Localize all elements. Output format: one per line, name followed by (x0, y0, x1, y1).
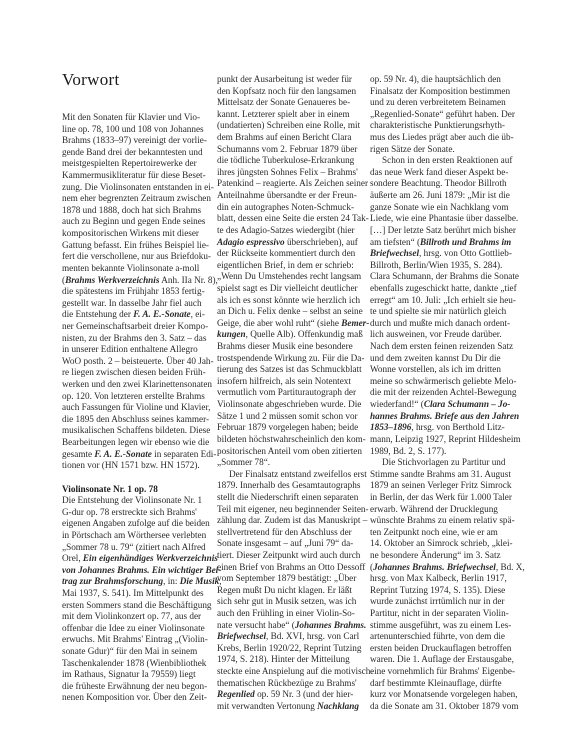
text-line: „Sommer 78 u. 79“ (zitiert nach Alfred (62, 542, 212, 554)
text-line: 1974, S. 218). Hinter der Mitteilung (217, 654, 367, 666)
text-line: spielst sagt es Dir vielleicht deutliche… (217, 283, 367, 295)
text-line: Regen mußt Du nicht klagen. Er läßt (217, 585, 367, 597)
text-line: und zu deren verbreitetem Beinamen (370, 97, 520, 109)
text-line: gende Band drei der bekanntesten und (62, 147, 212, 159)
text-line: eine vornehmlich für Brahms' Eigenbe- (370, 666, 520, 678)
text-line: mit dem Violinkonzert op. 77, aus der (62, 611, 212, 623)
text-line: gesamte F. A. E.-Sonate in separaten Edi… (62, 449, 212, 461)
text-line: ten Zeitpunkt noch eine, wie er am (370, 527, 520, 539)
text-line: eigenen Angaben zufolge auf die beiden (62, 518, 212, 530)
text-line: den Kopfsatz noch für den langsamen (217, 86, 367, 98)
italic-title: Johannes Brahms. Briefwechsel (373, 562, 496, 572)
text-column-2: punkt der Ausarbeitung ist weder fürden … (217, 74, 367, 713)
text-line: 1989, Bd. 2, S. 177). (370, 446, 520, 458)
text-line: vermutlich vom Partiturautograph der (217, 387, 367, 399)
text-line: sich sehr gut in Musik setzen, was ich (217, 596, 367, 608)
text-line: tierung des Satzes ist das Schmuckblatt (217, 364, 367, 376)
text-line: Wonne vorstellen, als ich im dritten (370, 364, 520, 376)
paragraph-gap (62, 472, 212, 484)
text-line: trostspendende Wirkung zu. Für die Da- (217, 353, 367, 365)
text-line: stellvertretend für den Abschluss der (217, 527, 367, 539)
text-line: kompositorischen Wirkens mit dieser (62, 228, 212, 240)
text-line: thematischen Rückbezüge zu Brahms' (217, 678, 367, 690)
text-line: die tödliche Tuberkulose-Erkrankung (217, 155, 367, 167)
text-line: Taschenkalender 1878 (Wienbibliothek (62, 658, 212, 670)
text-line: Billroth, Berlin/Wien 1935, S. 284). (370, 260, 520, 272)
italic-title: hannes Brahms. Briefe aus den Jahren (370, 411, 519, 421)
text-line: Adagio espressivo überschrieben), auf (217, 237, 367, 249)
text-line: auch zu Beginn und gegen Ende seines (62, 216, 212, 228)
text-line: durch und mußte mich danach ordent- (370, 318, 520, 330)
italic-title: trag zur Brahmsforschung (62, 576, 163, 586)
text-line: 1878 und 1888, doch hat sich Brahms (62, 205, 212, 217)
text-line: Die Entstehung der Violinsonate Nr. 1 (62, 495, 212, 507)
text-line: mann, Leipzig 1927, Reprint Hildesheim (370, 434, 520, 446)
text-line: Liede, wie eine Phantasie über dasselbe. (370, 213, 520, 225)
text-line: Finalsatz der Komposition bestimmen (370, 86, 520, 98)
text-line: Briefwechsel, hrsg. von Otto Gottlieb- (370, 248, 520, 260)
text-line: 1853–1896, hrsg. von Berthold Litz- (370, 422, 520, 434)
text-line: ganze Sonate wie ein Nachklang vom (370, 202, 520, 214)
text-line: Schon in den ersten Reaktionen auf (370, 155, 520, 167)
text-line: nisten, zu der Brahms den 3. Satz – das (62, 333, 212, 345)
text-line: meistgespielten Repertoirewerke der (62, 158, 212, 170)
italic-title: F. A. E.-Sonate (94, 449, 151, 459)
text-line: ihres jüngsten Sohnes Felix – Brahms' (217, 167, 367, 179)
text-line: Teil mit eigener, neu beginnender Seiten… (217, 504, 367, 516)
italic-title: F. A. E.-Sonate (133, 309, 190, 319)
text-line: im Rathaus, Signatur Ia 79559) liegt (62, 669, 212, 681)
text-line: in Berlin, der das Werk für 1.000 Taler (370, 492, 520, 504)
text-line: in Pörtschach am Wörthersee verlebten (62, 530, 212, 542)
text-line: Anteilnahme übersandte er der Freun- (217, 190, 367, 202)
text-line: nenen Komposition vor. Über den Zeit- (62, 692, 212, 704)
text-line: am tiefsten“ (Billroth und Brahms im (370, 237, 520, 249)
text-line: (Johannes Brahms. Briefwechsel, Bd. X, (370, 562, 520, 574)
text-line: Clara Schumann, der Brahms die Sonate (370, 271, 520, 283)
italic-title: Brahms Werkverzeichnis (65, 275, 159, 285)
text-line: kurz vor Monatsende vorgelegen haben, (370, 689, 520, 701)
text-line: blatt, dessen eine Seite die ersten 24 T… (217, 213, 367, 225)
text-line: tionen vor (HN 1571 bzw. HN 1572). (62, 460, 212, 472)
italic-title: Ein eigenhändiges Werkverzeichnis (83, 553, 218, 563)
text-line: Mit den Sonaten für Klavier und Vio- (62, 112, 212, 124)
text-column-3: op. 59 Nr. 4), die hauptsächlich denFina… (370, 74, 520, 713)
text-line: kungen, Quelle Alb). Offenkundig maß (217, 329, 367, 341)
italic-title: Briefwechsel (370, 248, 419, 258)
text-line: Regenlied op. 59 Nr. 3 (und der hier- (217, 689, 367, 701)
text-line: musikalischen Schaffens bildeten. Diese (62, 425, 212, 437)
text-line: erwarb. Während der Drucklegung (370, 504, 520, 516)
text-line: sondere Beachtung. Theodor Billroth (370, 178, 520, 190)
text-line: die früheste Erwähnung der neu begon- (62, 681, 212, 693)
text-line: ne besondere Änderung“ im 3. Satz (370, 550, 520, 562)
section-heading: Violinsonate Nr. 1 op. 78 (62, 484, 212, 496)
text-line: auch Fassungen für Violine und Klavier, (62, 402, 212, 414)
italic-title: Bemer- (341, 318, 369, 328)
text-line: menten bekannte Violinsonate a-moll (62, 263, 212, 275)
text-line: die Entstehung der F. A. E.-Sonate, ei- (62, 309, 212, 321)
text-line: wünschte Brahms zu einem relativ spä- (370, 515, 520, 527)
italic-title: 1853–1896 (370, 422, 411, 432)
text-line: auch den Frühling in einer Violin-So- (217, 608, 367, 620)
text-column-1: Mit den Sonaten für Klavier und Vio-line… (62, 112, 212, 704)
text-line: Kammermusikliteratur für diese Beset- (62, 170, 212, 182)
text-line: einen Brief von Brahms an Otto Dessoff (217, 562, 367, 574)
text-line: te des Adagio-Satzes wiedergibt (hier (217, 225, 367, 237)
page-title: Vorwort (62, 70, 120, 90)
text-line: Stimme sandte Brahms am 31. August (370, 469, 520, 481)
text-line: stellt die Niederschrift einen separaten (217, 492, 367, 504)
text-line: der Rückseite kommentiert durch den (217, 248, 367, 260)
text-line: die 1895 den Abschluss seines kammer- (62, 414, 212, 426)
text-line: […] Der letzte Satz berührt mich bisher (370, 225, 520, 237)
text-line: an Dich u. Felix denke – selbst an seine (217, 306, 367, 318)
italic-title: von Johannes Brahms. Ein wichtiger Bei- (62, 565, 221, 575)
text-line: die spätestens im Frühjahr 1853 fertig- (62, 286, 212, 298)
text-line: sonate Gdur)“ für den Mai in seinem (62, 646, 212, 658)
text-line: re liegen zwischen diesen beiden Früh- (62, 367, 212, 379)
text-line: Patenkind – reagierte. Als Zeichen seine… (217, 178, 367, 190)
text-line: Violinsonate abgeschrieben wurde. Die (217, 399, 367, 411)
text-line: in unserer Edition enthaltene Allegro (62, 344, 212, 356)
text-line: gestellt war. In dasselbe Jahr fiel auch (62, 298, 212, 310)
text-line: zählung dar. Zudem ist das Manuskript – (217, 515, 367, 527)
text-line: Orel, Ein eigenhändiges Werkverzeichnis (62, 553, 212, 565)
text-line: Brahms dieser Musik eine besondere (217, 341, 367, 353)
text-line: als ich es sonst könnte wie herzlich ich (217, 295, 367, 307)
italic-title: Regenlied (217, 689, 255, 699)
text-line: Februar 1879 vorgelegen haben; beide (217, 422, 367, 434)
text-line: ner Gemeinschaftsarbeit dreier Kompo- (62, 321, 212, 333)
text-line: line op. 78, 100 und 108 von Johannes (62, 124, 212, 136)
text-line: äußerte am 26. Juni 1879: „Mir ist die (370, 190, 520, 202)
text-line: steckte eine Anspielung auf die motivisc… (217, 666, 367, 678)
text-line: das neue Werk fand dieser Aspekt be- (370, 167, 520, 179)
text-line: von Johannes Brahms. Ein wichtiger Bei- (62, 565, 212, 577)
text-line: Mai 1937, S. 541). Im Mittelpunkt des (62, 588, 212, 600)
text-line: ersten beiden Druckauflagen betroffen (370, 643, 520, 655)
text-line: 14. Oktober an Simrock schrieb, „klei- (370, 538, 520, 550)
text-line: die mit der reizenden Achtel-Bewegung (370, 387, 520, 399)
text-line: tiert. Dieser Zeitpunkt wird auch durch (217, 550, 367, 562)
text-line: vom September 1879 bestätigt: „Über (217, 573, 367, 585)
text-line: hrsg. von Max Kalbeck, Berlin 1917, (370, 573, 520, 585)
text-line: „Regenlied-Sonate“ geführt haben. Der (370, 109, 520, 121)
text-line: (undatierten) Schreiben eine Rolle, mit (217, 120, 367, 132)
text-line: trag zur Brahmsforschung, in: Die Musik, (62, 576, 212, 588)
text-line: mus des Liedes prägt aber auch die üb- (370, 132, 520, 144)
text-line: insofern hilfreich, als sein Notentext (217, 376, 367, 388)
text-line: fert die verschollene, nur aus Briefdoku… (62, 251, 212, 263)
document-page: Vorwort Mit den Sonaten für Klavier und … (0, 0, 568, 750)
text-line: ebenfalls zugeschickt hatte, dankte „tie… (370, 283, 520, 295)
italic-title: Briefwechsel (217, 631, 266, 641)
text-line: eigentlichen Brief, in dem er schrieb: (217, 260, 367, 272)
italic-title: Johannes Brahms. (295, 620, 367, 630)
text-line: kannt. Letzterer spielt aber in einem (217, 109, 367, 121)
text-line: Sonate insgesamt – auf „Juni 79“ da- (217, 538, 367, 550)
text-line: dem Brahms auf einen Bericht Clara (217, 132, 367, 144)
text-line: G-dur op. 78 erstreckte sich Brahms' (62, 507, 212, 519)
text-line: darf bestimmte Kleinauflage, dürfte (370, 678, 520, 690)
text-line: (Brahms Werkverzeichnis Anh. IIa Nr. 8), (62, 275, 212, 287)
text-line: rigen Sätze der Sonate. (370, 144, 520, 156)
text-line: nem eher begrenzten Zeitraum zwischen (62, 193, 212, 205)
text-line: Gattung befasst. Ein frühes Beispiel lie… (62, 240, 212, 252)
text-line: Der Finalsatz entstand zweifellos erst (217, 469, 367, 481)
text-line: Bearbeitungen legen wir ebenso wie die (62, 437, 212, 449)
text-line: wiederfand!“ (Clara Schumann – Jo- (370, 399, 520, 411)
text-line: Brahms (1833–97) vereinigt der vorlie- (62, 135, 212, 147)
italic-title: Billroth und Brahms im (420, 237, 511, 247)
text-line: positorischen Anteil vom oben zitierten (217, 446, 367, 458)
text-line: 1879 an seinen Verleger Fritz Simrock (370, 480, 520, 492)
text-line: ersten Sommers stand die Beschäftigung (62, 600, 212, 612)
text-line: lich ausweinen, vor Freude darüber. (370, 329, 520, 341)
text-line: bildeten höchstwahrscheinlich den kom- (217, 434, 367, 446)
text-line: „Sommer 78“. (217, 457, 367, 469)
text-line: Sätze 1 und 2 müssen somit schon vor (217, 411, 367, 423)
text-line: Schumanns vom 2. Februar 1879 über (217, 144, 367, 156)
text-line: stimme ausgeführt, was zu einem Les- (370, 620, 520, 632)
text-line: WoO posth. 2 – beisteuerte. Über 40 Jah- (62, 356, 212, 368)
italic-title: Clara Schumann – Jo- (424, 399, 511, 409)
text-line: Geige, die aber wohl ruht“ (siehe Bemer- (217, 318, 367, 330)
text-line: charakteristische Punktierungsrhyth- (370, 120, 520, 132)
text-line: Mittelsatz der Sonate Genaueres be- (217, 97, 367, 109)
text-line: te und spielte sie mir natürlich gleich (370, 306, 520, 318)
text-line: werken und den zwei Klarinettensonaten (62, 379, 212, 391)
text-line: und dem zweiten kannst Du Dir die (370, 353, 520, 365)
text-line: Krebs, Berlin 1920/22, Reprint Tutzing (217, 643, 367, 655)
text-line: nate versucht habe“ (Johannes Brahms. (217, 620, 367, 632)
text-line: Partitur, nicht in der separaten Violin- (370, 608, 520, 620)
text-line: op. 120. Von letzteren erstellte Brahms (62, 391, 212, 403)
text-line: mit verwandten Vertonung Nachklang (217, 701, 367, 713)
italic-title: Die Musik (180, 576, 220, 586)
text-line: wurde zunächst irrtümlich nur in der (370, 596, 520, 608)
text-line: Nach dem ersten feinen reizenden Satz (370, 341, 520, 353)
italic-title: Nachklang (317, 701, 359, 711)
text-line: erregt“ am 10. Juli: „Ich erhielt sie he… (370, 295, 520, 307)
text-line: Briefwechsel, Bd. XVI, hrsg. von Carl (217, 631, 367, 643)
text-line: 1879. Innerhalb des Gesamtautographs (217, 480, 367, 492)
text-line: da die Sonate am 31. Oktober 1879 vom (370, 701, 520, 713)
text-line: Die Stichvorlagen zu Partitur und (370, 457, 520, 469)
text-line: erwuchs. Mit Brahms' Eintrag „(Violin- (62, 634, 212, 646)
text-line: Reprint Tutzing 1974, S. 135). Diese (370, 585, 520, 597)
text-line: punkt der Ausarbeitung ist weder für (217, 74, 367, 86)
text-line: hannes Brahms. Briefe aus den Jahren (370, 411, 520, 423)
text-line: op. 59 Nr. 4), die hauptsächlich den (370, 74, 520, 86)
text-line: zung. Die Violinsonaten entstanden in ei… (62, 182, 212, 194)
italic-title: kungen (217, 329, 246, 339)
text-line: waren. Die 1. Auflage der Erstausgabe, (370, 654, 520, 666)
text-line: „Wenn Du Umstehendes recht langsam (217, 271, 367, 283)
text-line: offenbar die Idee zu einer Violinsonate (62, 623, 212, 635)
text-line: artenunterschied führte, von dem die (370, 631, 520, 643)
italic-title: Adagio espressivo (217, 237, 285, 247)
text-line: din ein autographes Noten-Schmuck- (217, 202, 367, 214)
text-line: meine so schwärmerisch geliebte Melo- (370, 376, 520, 388)
